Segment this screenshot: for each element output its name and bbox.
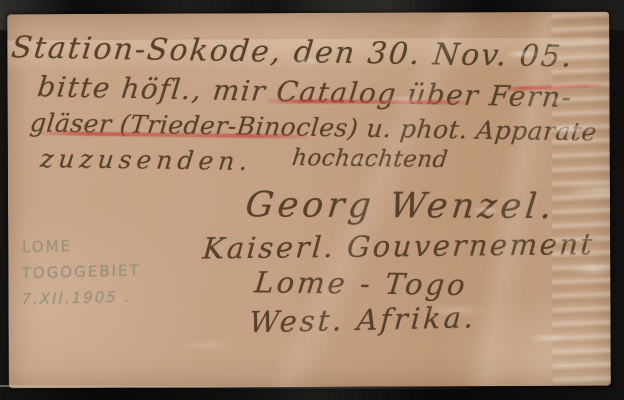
handwriting-sender-region: West. Afrika.	[248, 300, 477, 339]
handwriting-body-line-1: bitte höfl., mir Catalog über Fern-	[36, 70, 574, 114]
collector-pencil-note: LOME TOGOGEBIET 7.XII.1905 .	[21, 231, 141, 312]
pencil-note-date: 7.XII.1905 .	[21, 283, 140, 312]
handwriting-body-line-2: gläser (Trieder-Binocles) u. phot. Appar…	[29, 108, 599, 146]
handwriting-signature: Georg Wenzel.	[243, 185, 557, 227]
handwriting-body-line-3: zuzusenden.	[39, 144, 254, 176]
handwriting-dateline: Station-Sokode, den 30. Nov. 05.	[10, 30, 576, 74]
postcard: Station-Sokode, den 30. Nov. 05. bitte h…	[7, 12, 611, 389]
pencil-note-territory: TOGOGEBIET	[22, 257, 141, 286]
handwriting-sender-place: Lome - Togo	[253, 265, 470, 302]
handwriting-sender-org: Kaiserl. Gouvernement	[202, 227, 596, 265]
postcard-photo: Station-Sokode, den 30. Nov. 05. bitte h…	[0, 0, 624, 400]
handwriting-closing: hochachtend	[291, 145, 450, 173]
pencil-note-place: LOME	[22, 231, 141, 260]
